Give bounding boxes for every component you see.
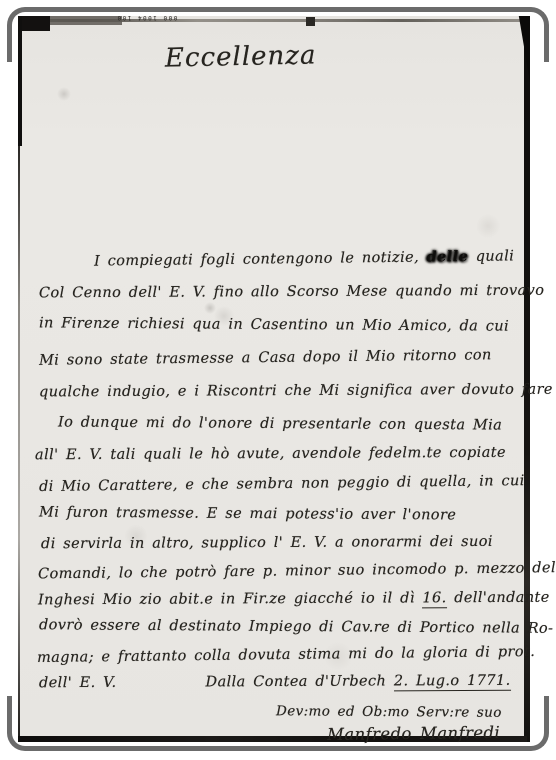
- top-left-shadow-blob: [50, 16, 122, 25]
- letter-line: I compiegati fogli contengono le notizie…: [94, 247, 514, 269]
- letter-salutation: Eccellenza: [165, 40, 317, 73]
- letter-line: magna; e frattanto colla dovuta stima mi…: [37, 644, 535, 666]
- line-text: I compiegati fogli contengono le notizie…: [94, 250, 419, 270]
- letter-line: Mi furon trasmesse. E se mai potess'io a…: [39, 505, 456, 524]
- letter-line: dovrò essere al destinato Impiego di Cav…: [39, 617, 554, 637]
- letter-line: di servirla in altro, supplico l' E. V. …: [41, 534, 493, 552]
- film-edge-marking: 000 1004 100: [116, 14, 177, 21]
- ink-blot-word: delle: [426, 248, 468, 266]
- frame-side-mask-left: [0, 62, 18, 696]
- line-text: dell'andante: [454, 590, 550, 607]
- letter-line: Col Cenno dell' E. V. fino allo Scorso M…: [39, 283, 544, 302]
- underlined-day-number: 16.: [422, 590, 446, 608]
- dateline-place: Dalla Contea d'Urbech: [205, 673, 386, 690]
- dateline-prefix: dell' E. V.: [39, 675, 117, 691]
- letter-dateline: dell' E. V. Dalla Contea d'Urbech 2. Lug…: [39, 673, 511, 691]
- top-left-ink-blob: [18, 16, 50, 31]
- letter-line: Mi sono state trasmesse a Casa dopo il M…: [39, 347, 492, 369]
- letter-line: in Firenze richiesi qua in Casentino un …: [39, 315, 509, 334]
- top-center-dark-square: [306, 17, 315, 26]
- letter-line: qualche indugio, e i Riscontri che Mi si…: [39, 382, 553, 401]
- manuscript-page: 000 1004 100 Eccellenza I compiegati fog…: [18, 16, 530, 742]
- line-text: quali: [476, 248, 515, 264]
- dateline-date: 2. Lug.o 1771.: [394, 673, 511, 692]
- letter-line: Io dunque mi do l'onore di presentarle c…: [58, 414, 502, 433]
- letter-line: di Mio Carattere, e che sembra non peggi…: [39, 473, 525, 495]
- letter-line: Inghesi Mio zio abit.e in Fir.ze giacché…: [38, 590, 550, 609]
- letter-line: all' E. V. tali quali le hò avute, avend…: [35, 445, 506, 463]
- letter-line: Comandi, lo che potrò fare p. minor suo …: [38, 560, 556, 583]
- line-text: Inghesi Mio zio abit.e in Fir.ze giacché…: [38, 590, 415, 608]
- letter-closing: Dev:mo ed Ob:mo Serv:re suo: [276, 703, 502, 721]
- letter-signature: Manfredo Manfredi: [327, 723, 500, 744]
- page-left-edge-dark: [18, 16, 22, 146]
- scan-viewport: 000 1004 100 Eccellenza I compiegati fog…: [0, 0, 556, 760]
